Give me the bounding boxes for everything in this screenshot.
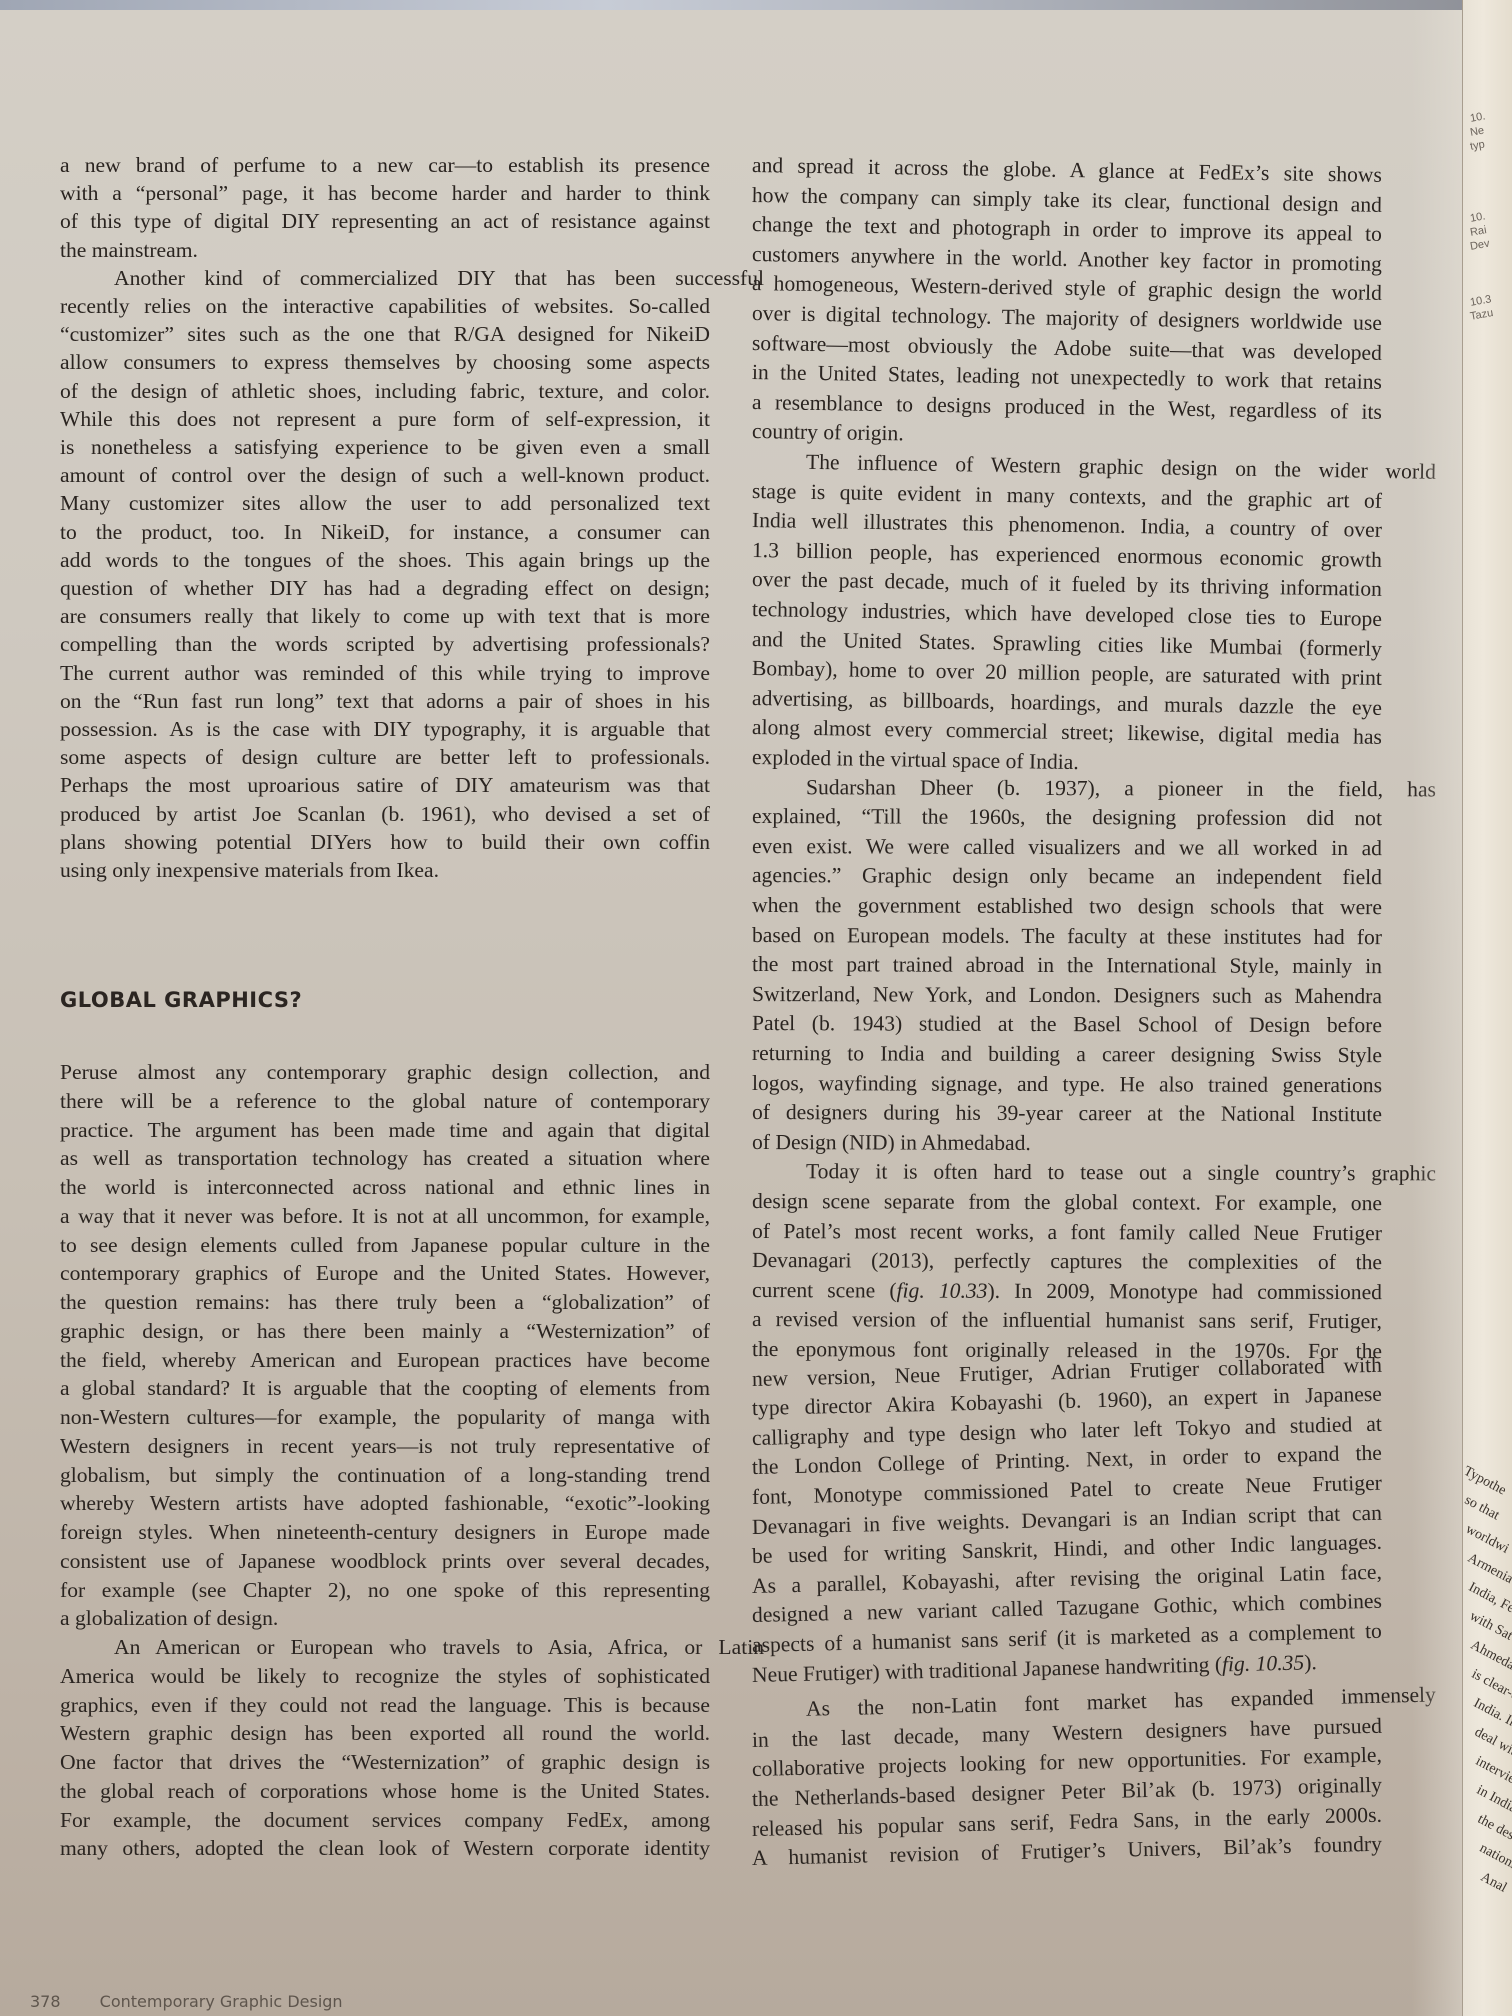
text-line: even exist. We were called visualizers a… (752, 832, 1382, 862)
text-line: of Patel’s most recent works, a font fam… (752, 1217, 1382, 1247)
text-line: when the government established two desi… (752, 891, 1382, 921)
text-line: based on European models. The faculty at… (752, 921, 1382, 951)
text-line: a globalization of design. (60, 1604, 710, 1632)
text-line: a global standard? It is arguable that t… (60, 1374, 710, 1402)
text-line: Switzerland, New York, and London. Desig… (752, 980, 1382, 1010)
text-line: compelling than the words scripted by ad… (60, 630, 710, 658)
page-footer: 378 Contemporary Graphic Design (30, 1992, 343, 2011)
text-line: to the product, too. In NikeiD, for inst… (60, 518, 710, 546)
text-line: Peruse almost any contemporary graphic d… (60, 1058, 710, 1086)
text-line: non-Western cultures—for example, the po… (60, 1403, 710, 1431)
text-line: to see design elements culled from Japan… (60, 1231, 710, 1259)
text-line: design scene separate from the global co… (752, 1187, 1382, 1217)
text-line: globalism, but simply the continuation o… (60, 1461, 710, 1489)
text-line: many others, adopted the clean look of W… (60, 1834, 710, 1862)
facing-page-edge: 10.Netyp10.RaiDev10.3TazuTypotheso thatw… (1462, 0, 1512, 2016)
text-line: returning to India and building a career… (752, 1039, 1382, 1069)
text-line: the most part trained abroad in the Inte… (752, 950, 1382, 980)
text-line: contemporary graphics of Europe and the … (60, 1259, 710, 1287)
text-line: recently relies on the interactive capab… (60, 292, 710, 320)
text-line: whereby Western artists have adopted fas… (60, 1489, 710, 1517)
text-line: Western designers in recent years—is not… (60, 1432, 710, 1460)
text-line: using only inexpensive materials from Ik… (60, 856, 710, 884)
text-line: produced by artist Joe Scanlan (b. 1961)… (60, 800, 710, 828)
text-line: are consumers really that likely to come… (60, 602, 710, 630)
text-line: possession. As is the case with DIY typo… (60, 715, 710, 743)
text-line: a new brand of perfume to a new car—to e… (60, 151, 710, 179)
text-line: of this type of digital DIY representing… (60, 207, 710, 235)
text-line: the question remains: has there truly be… (60, 1288, 710, 1316)
text-line: for example (see Chapter 2), no one spok… (60, 1576, 710, 1604)
text-line: a revised version of the influential hum… (752, 1305, 1382, 1335)
text-line: For example, the document services compa… (60, 1806, 710, 1834)
facing-caption-fragment: Tazu (1469, 306, 1495, 325)
text-line: of Design (NID) in Ahmedabad. (752, 1128, 1382, 1158)
text-line: the world is interconnected across natio… (60, 1173, 710, 1201)
text-line: with a “personal” page, it has become ha… (60, 179, 710, 207)
text-line: Perhaps the most uproarious satire of DI… (60, 771, 710, 799)
text-line: is nonetheless a satisfying experience t… (60, 433, 710, 461)
text-line: Many customizer sites allow the user to … (60, 489, 710, 517)
text-line: explained, “Till the 1960s, the designin… (752, 802, 1382, 832)
text-line: Western graphic design has been exported… (60, 1719, 710, 1747)
text-line: One factor that drives the “Westernizati… (60, 1748, 710, 1776)
text-line: logos, wayfinding signage, and type. He … (752, 1069, 1382, 1099)
text-line: a way that it never was before. It is no… (60, 1202, 710, 1230)
text-line: allow consumers to express themselves by… (60, 348, 710, 376)
text-line: add words to the tongues of the shoes. T… (60, 546, 710, 574)
text-line: The current author was reminded of this … (60, 659, 710, 687)
text-line: the global reach of corporations whose h… (60, 1777, 710, 1805)
text-line: some aspects of design culture are bette… (60, 743, 710, 771)
text-line: Patel (b. 1943) studied at the Basel Sch… (752, 1009, 1382, 1039)
text-line: plans showing potential DIYers how to bu… (60, 828, 710, 856)
page-number: 378 (30, 1992, 61, 2011)
text-line: graphic design, or has there been mainly… (60, 1317, 710, 1345)
text-line: While this does not represent a pure for… (60, 405, 710, 433)
text-line: on the “Run fast run long” text that ado… (60, 687, 710, 715)
text-line: of designers during his 39-year career a… (752, 1098, 1382, 1128)
text-line: Today it is often hard to tease out a si… (752, 1157, 1436, 1188)
section-heading: GLOBAL GRAPHICS? (60, 988, 302, 1012)
text-line: An American or European who travels to A… (60, 1633, 764, 1661)
text-line: of the design of athletic shoes, includi… (60, 377, 710, 405)
text-line: consistent use of Japanese woodblock pri… (60, 1547, 710, 1575)
text-line: the field, whereby American and European… (60, 1346, 710, 1374)
text-line: Sudarshan Dheer (b. 1937), a pioneer in … (752, 773, 1436, 804)
text-line: there will be a reference to the global … (60, 1087, 710, 1115)
facing-caption-fragment: typ (1469, 137, 1486, 154)
text-line: Devanagari (2013), perfectly captures th… (752, 1246, 1382, 1276)
text-line: foreign styles. When nineteenth-century … (60, 1518, 710, 1546)
text-line: America would be likely to recognize the… (60, 1662, 710, 1690)
text-line: current scene (fig. 10.33). In 2009, Mon… (752, 1276, 1382, 1306)
text-line: question of whether DIY has had a degrad… (60, 574, 710, 602)
book-page: a new brand of perfume to a new car—to e… (0, 10, 1472, 2016)
running-title: Contemporary Graphic Design (100, 1992, 343, 2011)
text-line: amount of control over the design of suc… (60, 461, 710, 489)
text-line: “customizer” sites such as the one that … (60, 320, 710, 348)
facing-caption-fragment: Dev (1469, 237, 1491, 255)
text-line: practice. The argument has been made tim… (60, 1116, 710, 1144)
text-line: agencies.” Graphic design only became an… (752, 861, 1382, 891)
text-line: Another kind of commercialized DIY that … (60, 264, 764, 292)
text-line: graphics, even if they could not read th… (60, 1691, 710, 1719)
text-line: as well as transportation technology has… (60, 1144, 710, 1172)
text-line: the mainstream. (60, 236, 710, 264)
